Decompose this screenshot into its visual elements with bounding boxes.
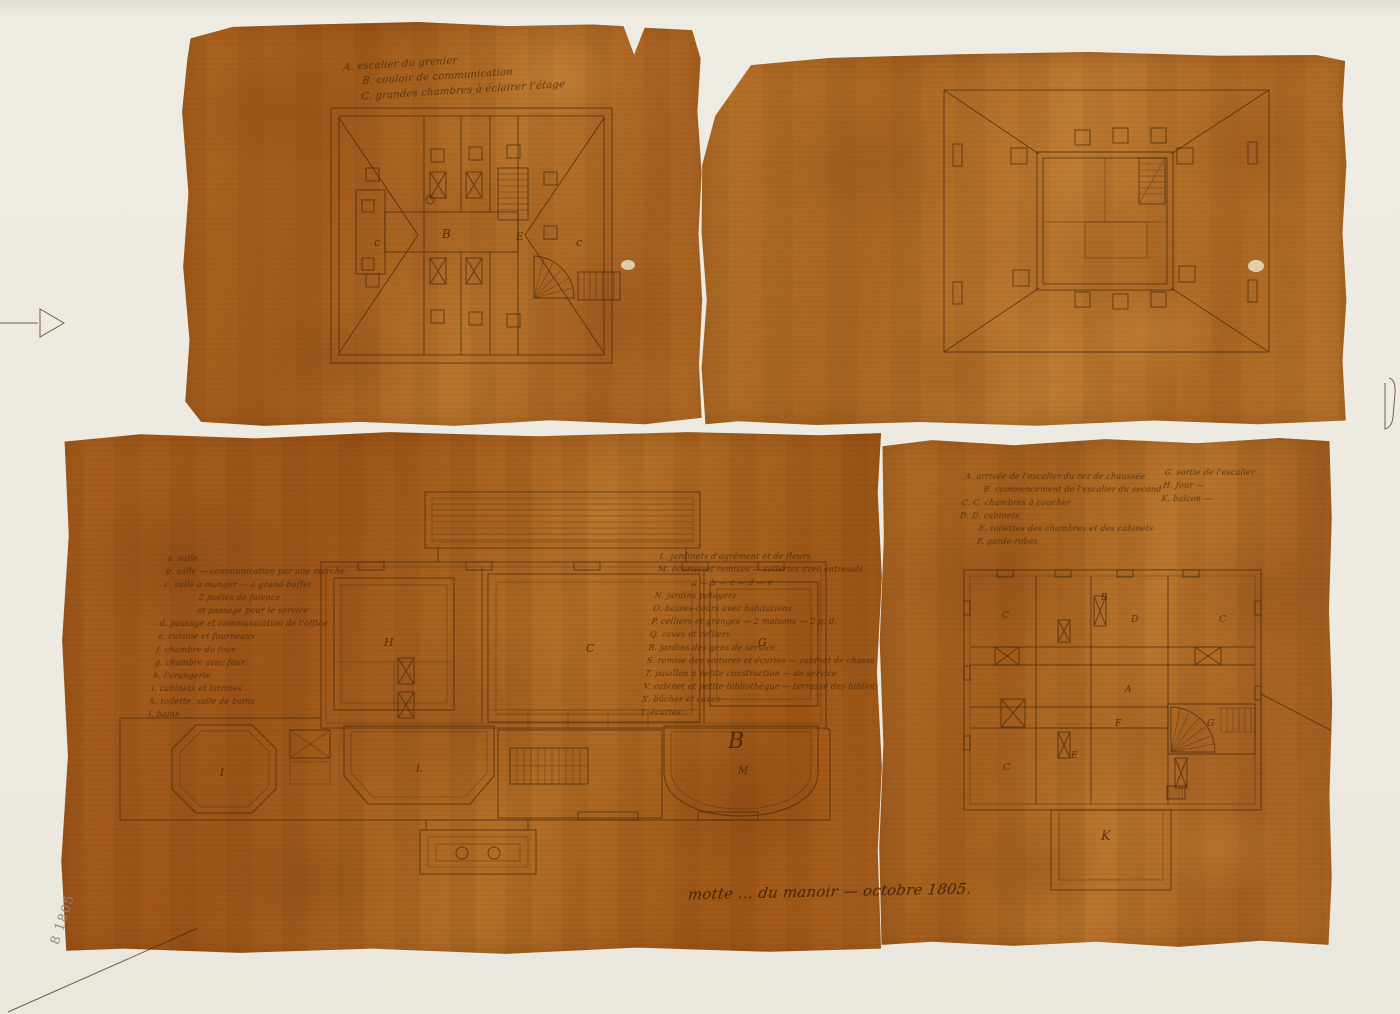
mount-pencil-marks bbox=[0, 0, 1400, 1014]
pencil-triangle-mark bbox=[0, 309, 64, 337]
archival-photograph-mount: A. escalier du grenier B. couloir de com… bbox=[0, 0, 1400, 1014]
pencil-diagonal-line bbox=[8, 928, 198, 1012]
pencil-bracket-mark bbox=[1385, 378, 1395, 429]
